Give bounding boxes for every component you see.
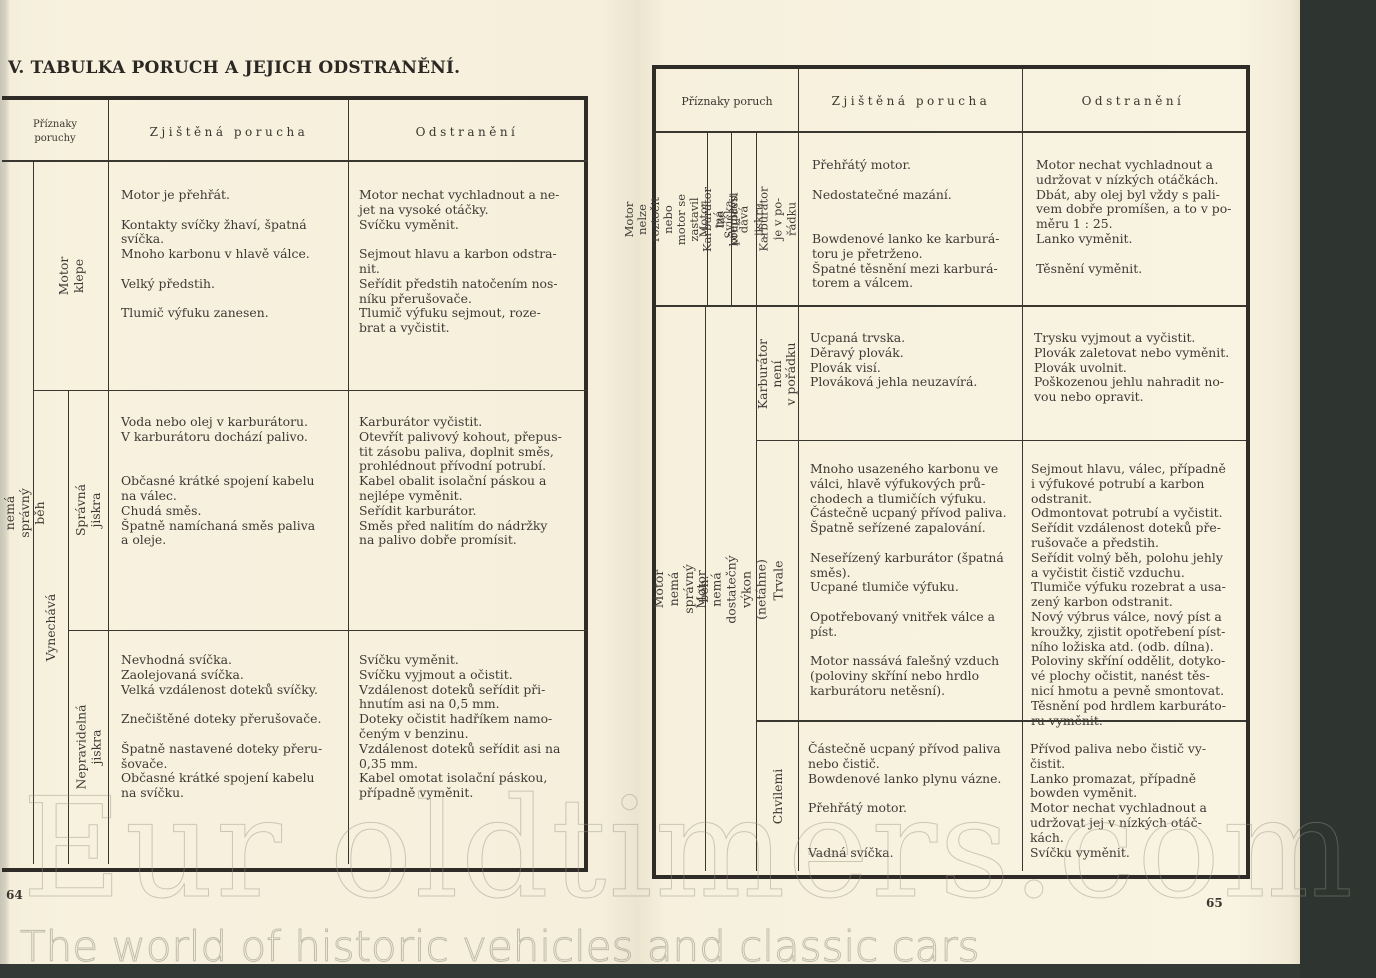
symptom-label: Karburátor je v po- řádku [757,133,798,305]
symptom-main: Motor nemá správný běh [2,162,32,864]
header-symptoms: Příznaky poruchy [10,110,100,154]
header-remedy: Odstranění [1024,72,1242,130]
page-title: V. TABULKA PORUCH A JEJICH ODSTRANĚNÍ. [8,58,460,78]
fault-text: Ucpaná trvska. Děravý plovák. Plovák vis… [810,331,1018,390]
col-divider [348,100,349,864]
symptom-label: Motor klepe [34,162,108,390]
header-fault: Zjištěná porucha [800,72,1022,130]
fault-text: Přehřátý motor. Nedostatečné mazání. Bow… [812,158,1018,291]
remedy-text: Trysku vyjmout a vyčistit. Plovák zaleto… [1034,331,1240,405]
watermark-logo: Eur oldtimers.com [22,768,1355,929]
symptom-label: Trvale [757,441,798,720]
page-number: 64 [6,888,23,902]
fault-text: Voda nebo olej v karburátoru. V karburát… [121,415,343,548]
col-divider [1022,69,1023,871]
fault-text: Mnoho usazeného karbonu ve válci, hlavě … [810,462,1018,699]
header-symptoms: Příznaky poruch [656,72,798,130]
remedy-text: Motor nechat vychladnout a udržovat v ní… [1036,158,1240,276]
fault-text: Motor je přehřát. Kontakty svíčky žhaví,… [121,188,343,321]
watermark-tagline: The world of historic vehicles and class… [20,922,980,971]
header-fault: Zjištěná porucha [110,110,348,154]
row-divider [756,440,1246,441]
symptom-label: Svíčka dává jiskru [732,133,756,305]
symptom-label: Správná jiskra [69,390,108,630]
row-divider [33,390,588,391]
symptom-label: Karburátor není v pořádku [757,307,798,440]
header-remedy: Odstranění [350,110,584,154]
remedy-text: Karburátor vyčistit. Otevřít palivový ko… [359,415,579,548]
remedy-text: Sejmout hlavu, válec, případně i výfukov… [1031,462,1240,728]
remedy-text: Motor nechat vychladnout a ne- jet na vy… [359,188,579,336]
col-divider [108,100,109,864]
row-divider [68,630,588,631]
